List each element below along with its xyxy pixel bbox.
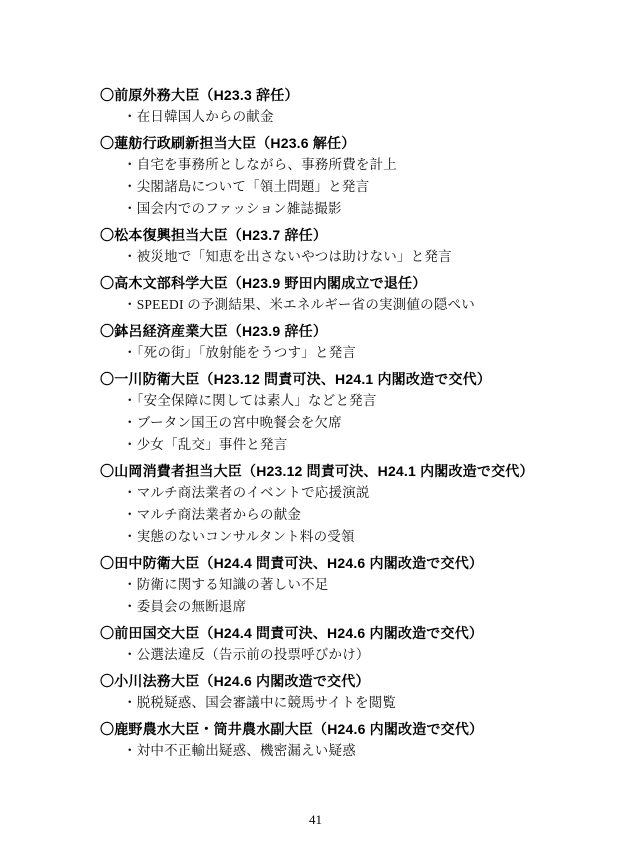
minister-section: 〇田中防衛大臣（H24.4 問責可決、H24.6 内閣改造で交代）・防衛に関する… — [100, 552, 590, 618]
minister-heading: 〇松本復興担当大臣（H23.7 辞任） — [100, 224, 590, 246]
minister-section: 〇蓮舫行政刷新担当大臣（H23.6 解任）・自宅を事務所としながら、事務所費を計… — [100, 132, 590, 220]
minister-heading: 〇山岡消費者担当大臣（H23.12 問責可決、H24.1 内閣改造で交代） — [100, 460, 590, 482]
issue-bullet: ・「死の街」「放射能をうつす」と発言 — [100, 342, 590, 364]
issue-bullet: ・在日韓国人からの献金 — [100, 106, 590, 128]
issue-bullet: ・少女「乱交」事件と発言 — [100, 434, 590, 456]
minister-section: 〇鉢呂経済産業大臣（H23.9 辞任）・「死の街」「放射能をうつす」と発言 — [100, 320, 590, 364]
minister-heading: 〇鉢呂経済産業大臣（H23.9 辞任） — [100, 320, 590, 342]
minister-heading: 〇鹿野農水大臣・筒井農水副大臣（H24.6 内閣改造で交代） — [100, 718, 590, 740]
minister-section: 〇前原外務大臣（H23.3 辞任）・在日韓国人からの献金 — [100, 84, 590, 128]
issue-bullet: ・ブータン国王の宮中晩餐会を欠席 — [100, 412, 590, 434]
issue-bullet: ・防衛に関する知識の著しい不足 — [100, 574, 590, 596]
page-footer: 41 — [0, 811, 631, 829]
issue-bullet: ・SPEEDI の予測結果、米エネルギー省の実測値の隠ぺい — [100, 294, 590, 316]
issue-bullet: ・尖閣諸島について「領土問題」と発言 — [100, 176, 590, 198]
minister-section: 〇山岡消費者担当大臣（H23.12 問責可決、H24.1 内閣改造で交代）・マル… — [100, 460, 590, 548]
minister-section: 〇松本復興担当大臣（H23.7 辞任）・被災地で「知恵を出さないやつは助けない」… — [100, 224, 590, 268]
issue-bullet: ・委員会の無断退席 — [100, 596, 590, 618]
minister-heading: 〇前原外務大臣（H23.3 辞任） — [100, 84, 590, 106]
issue-bullet: ・マルチ商法業者からの献金 — [100, 504, 590, 526]
issue-bullet: ・被災地で「知恵を出さないやつは助けない」と発言 — [100, 246, 590, 268]
issue-bullet: ・「安全保障に関しては素人」などと発言 — [100, 390, 590, 412]
issue-bullet: ・脱税疑惑、国会審議中に競馬サイトを閲覧 — [100, 692, 590, 714]
minister-heading: 〇小川法務大臣（H24.6 内閣改造で交代） — [100, 670, 590, 692]
minister-section: 〇鹿野農水大臣・筒井農水副大臣（H24.6 内閣改造で交代）・対中不正輸出疑惑、… — [100, 718, 590, 762]
document-page: 〇前原外務大臣（H23.3 辞任）・在日韓国人からの献金〇蓮舫行政刷新担当大臣（… — [0, 0, 631, 856]
minister-section: 〇小川法務大臣（H24.6 内閣改造で交代）・脱税疑惑、国会審議中に競馬サイトを… — [100, 670, 590, 714]
issue-bullet: ・マルチ商法業者のイベントで応援演説 — [100, 482, 590, 504]
minister-heading: 〇蓮舫行政刷新担当大臣（H23.6 解任） — [100, 132, 590, 154]
minister-heading: 〇高木文部科学大臣（H23.9 野田内閣成立で退任） — [100, 272, 590, 294]
minister-list: 〇前原外務大臣（H23.3 辞任）・在日韓国人からの献金〇蓮舫行政刷新担当大臣（… — [100, 84, 590, 766]
issue-bullet: ・公選法違反（告示前の投票呼びかけ） — [100, 644, 590, 666]
page-number: 41 — [309, 812, 322, 827]
issue-bullet: ・実態のないコンサルタント料の受領 — [100, 526, 590, 548]
minister-heading: 〇田中防衛大臣（H24.4 問責可決、H24.6 内閣改造で交代） — [100, 552, 590, 574]
issue-bullet: ・対中不正輸出疑惑、機密漏えい疑惑 — [100, 740, 590, 762]
minister-section: 〇高木文部科学大臣（H23.9 野田内閣成立で退任）・SPEEDI の予測結果、… — [100, 272, 590, 316]
issue-bullet: ・国会内でのファッション雑誌撮影 — [100, 198, 590, 220]
minister-section: 〇一川防衛大臣（H23.12 問責可決、H24.1 内閣改造で交代）・「安全保障… — [100, 368, 590, 456]
issue-bullet: ・自宅を事務所としながら、事務所費を計上 — [100, 154, 590, 176]
minister-heading: 〇一川防衛大臣（H23.12 問責可決、H24.1 内閣改造で交代） — [100, 368, 590, 390]
minister-section: 〇前田国交大臣（H24.4 問責可決、H24.6 内閣改造で交代）・公選法違反（… — [100, 622, 590, 666]
minister-heading: 〇前田国交大臣（H24.4 問責可決、H24.6 内閣改造で交代） — [100, 622, 590, 644]
